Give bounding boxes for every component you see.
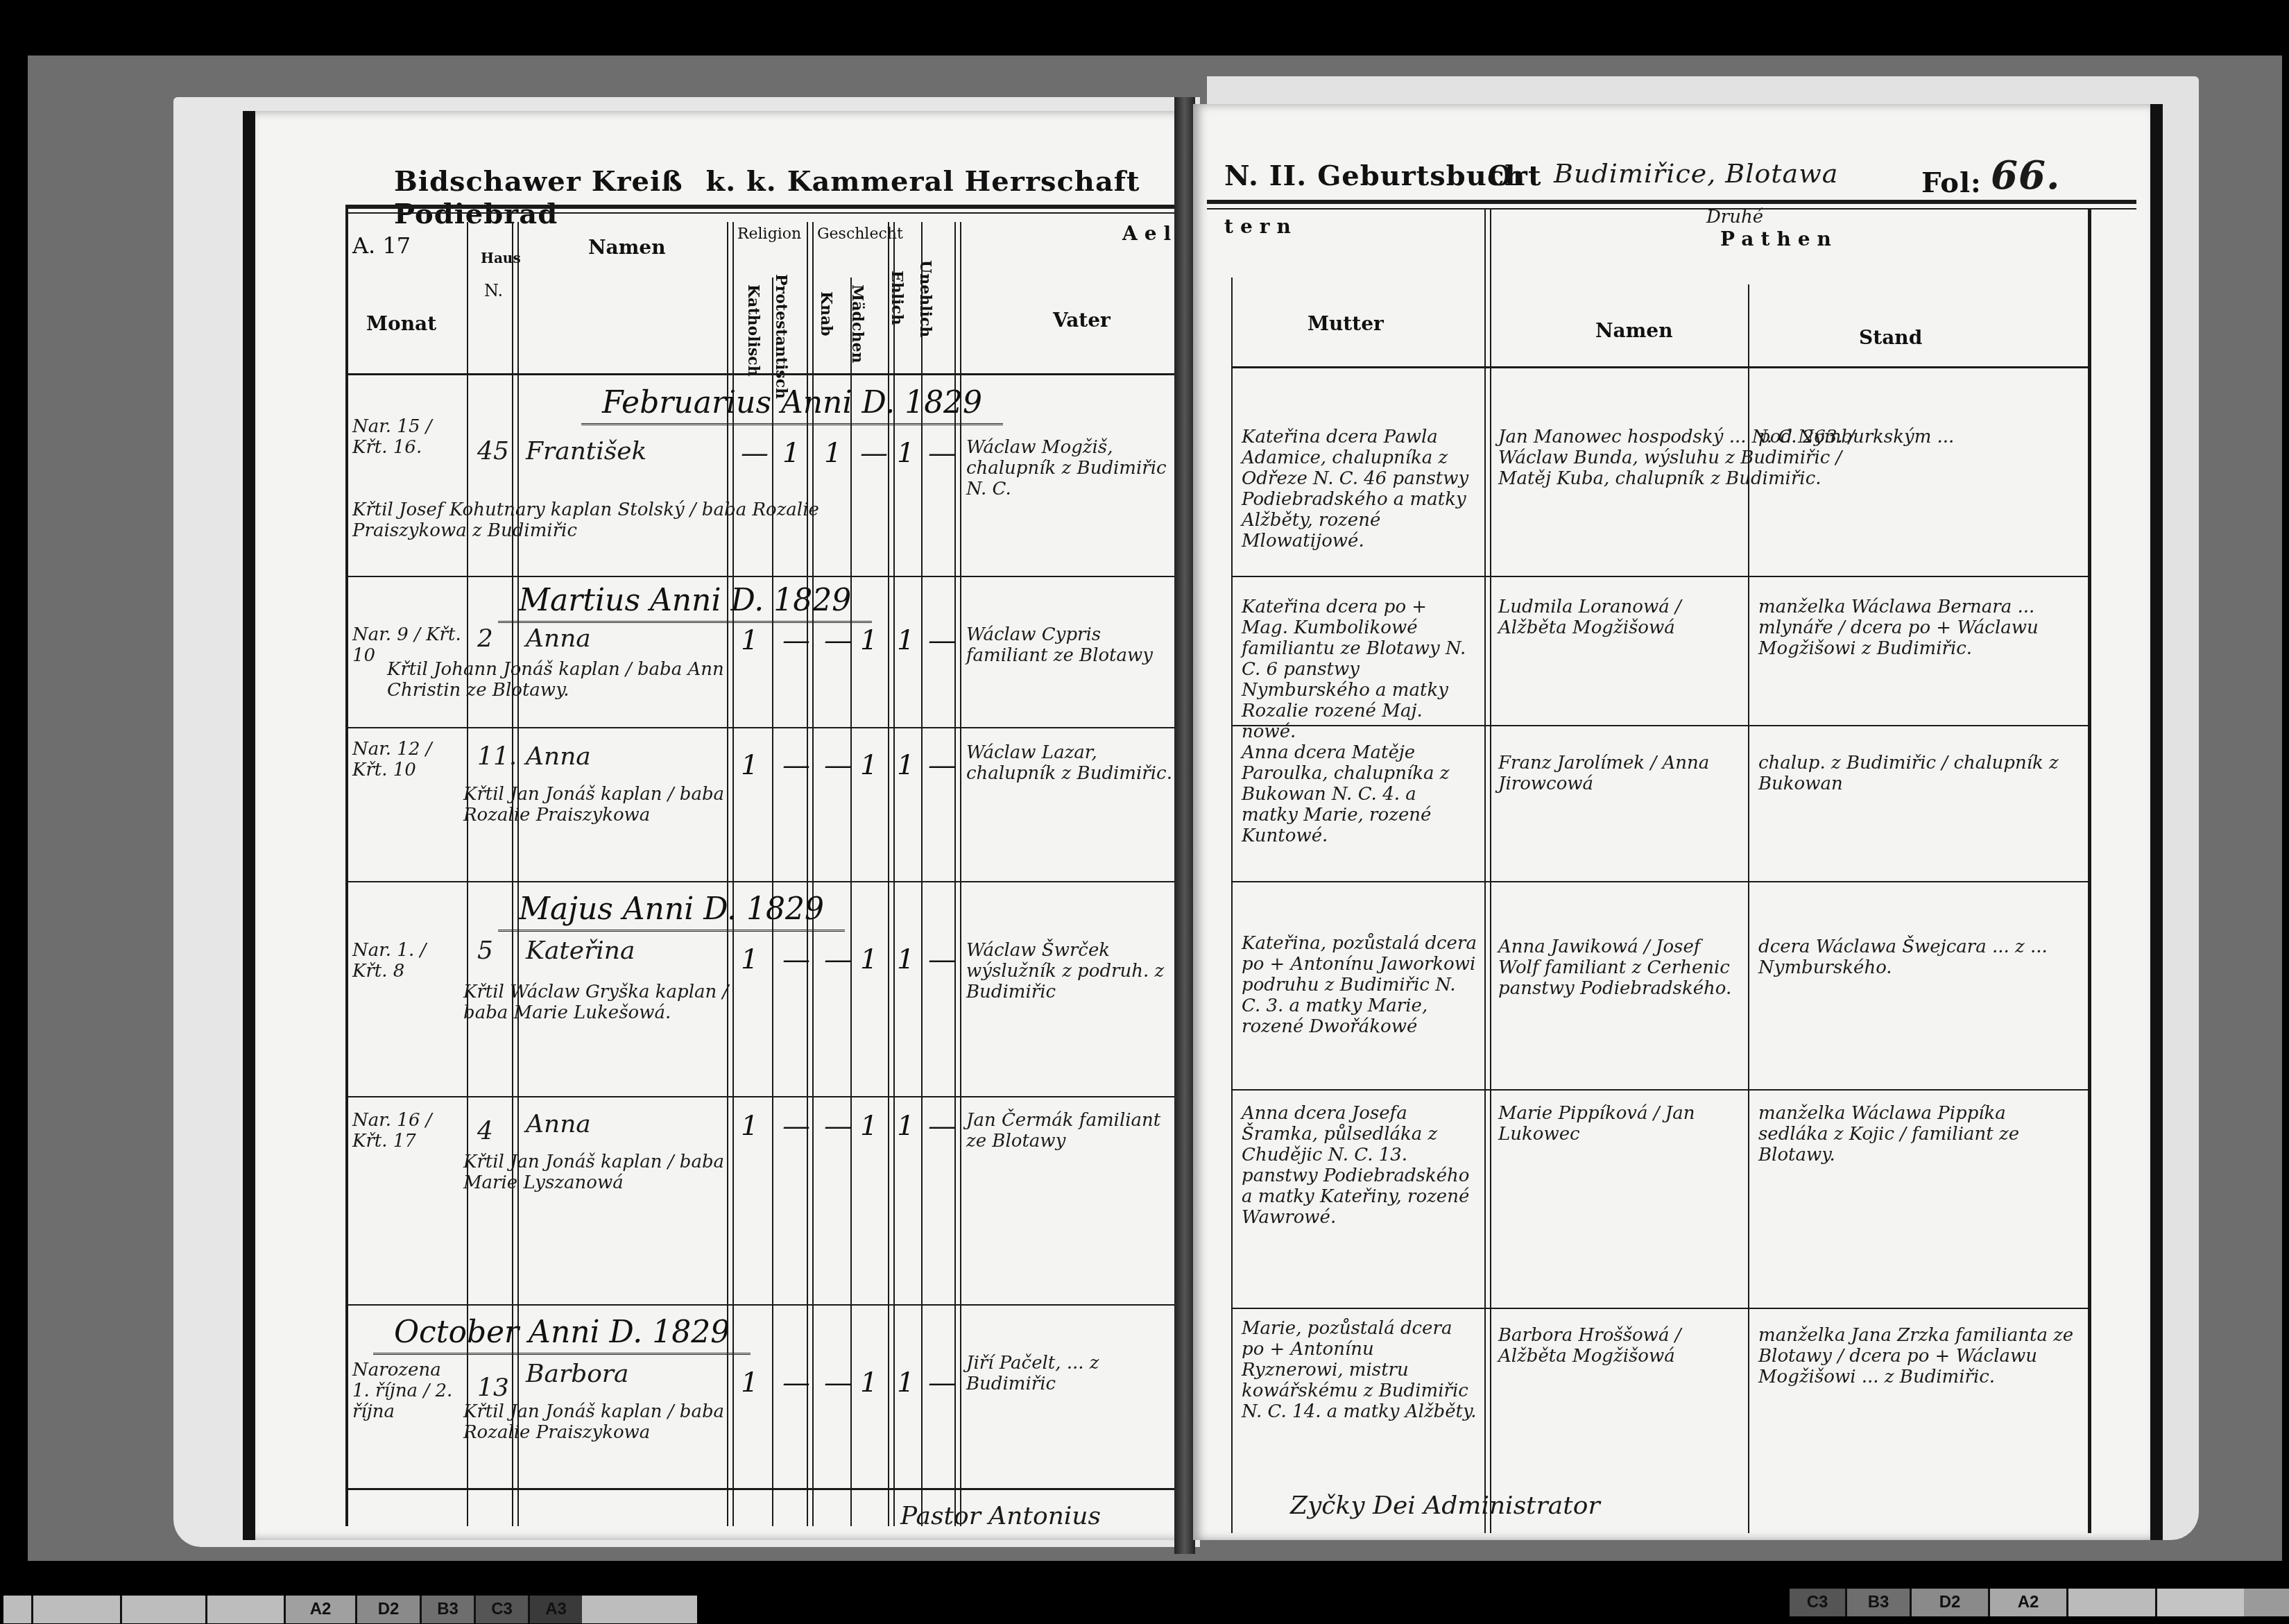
header-rule-thin	[345, 212, 1188, 214]
entry-date: Narozena 1. října / 2. října	[352, 1360, 463, 1422]
rule	[1484, 208, 1491, 1533]
entry-father: Wáclaw Šwrček wýslužník z podruh. z Budi…	[966, 940, 1174, 1002]
month-heading-march: Martius Anni D. 1829	[498, 583, 872, 623]
entry-godparents-status: manželka Jana Zrzka familianta ze Blotaw…	[1758, 1325, 2077, 1387]
left-page-header: Bidschawer Kreiß k. k. Kammeral Herrscha…	[394, 165, 1188, 230]
tick-catholic: 1	[741, 1367, 758, 1399]
entry-mother: Anna dcera Matěje Paroulka, chalupníka z…	[1242, 742, 1477, 846]
calibration-patch	[2068, 1589, 2157, 1616]
rule	[345, 208, 348, 1526]
entry-house: 45	[477, 437, 509, 465]
col-protestant: Protestantisch	[772, 274, 790, 399]
entry-child: Anna	[526, 742, 591, 771]
calibration-strip-left: A2 D2 B3 C3 A3	[3, 1596, 697, 1623]
col-month: Monat	[366, 312, 436, 335]
col-parents-a: Ael	[1122, 222, 1178, 245]
book-gutter	[1174, 97, 1195, 1554]
entry-baptism-note: Křtil Wáclaw Gryška kaplan / baba Marie …	[463, 982, 769, 1023]
col-names: Namen	[588, 236, 666, 259]
tick-illegit: —	[928, 1367, 956, 1399]
calibration-patch	[33, 1596, 122, 1623]
calibration-patch: C3	[1790, 1589, 1847, 1616]
entry-baptism-note: Křtil Josef Kohutnary kaplan Stolský / b…	[352, 499, 893, 541]
row-rule	[345, 1488, 1188, 1490]
entry-godparents-status: dcera Wáclawa Šwejcara ... z ... Nymburs…	[1758, 937, 2077, 978]
calibration-patch: B3	[1847, 1589, 1912, 1616]
entry-mother: Kateřina dcera Pawla Adamice, chalupníka…	[1242, 427, 1477, 552]
entry-father: Wáclaw Lazar, chalupník z Budimiřic.	[966, 742, 1174, 784]
tick-boy: —	[824, 749, 852, 781]
calibration-strip-right: C3 B3 D2 A2	[1790, 1589, 2289, 1616]
tick-girl: 1	[860, 1367, 877, 1399]
calibration-patch	[3, 1596, 33, 1623]
right-page: N. II. Geburtsbuch Ort Budimiřice, Blota…	[1193, 104, 2163, 1540]
row-rule	[345, 727, 1188, 728]
tick-legit: 1	[897, 624, 914, 656]
entry-date: Nar. 1. / Křt. 8	[352, 940, 463, 982]
tick-girl: 1	[860, 1110, 877, 1142]
calibration-patch: D2	[1912, 1589, 1990, 1616]
book-title: N. II. Geburtsbuch	[1224, 160, 1525, 192]
entry-godparents: Ludmila Loranowá / Alžběta Mogžišowá	[1498, 597, 1741, 638]
tick-protestant: —	[782, 749, 810, 781]
entry-child: Anna	[526, 624, 591, 653]
entry-child: Barbora	[526, 1360, 629, 1388]
row-rule	[1231, 576, 2091, 577]
row-rule	[1231, 881, 2091, 882]
left-page: Bidschawer Kreiß k. k. Kammeral Herrscha…	[243, 111, 1188, 1540]
month-heading-october: October Anni D. 1829	[373, 1315, 751, 1355]
entry-baptism-note: Křtil Johann Jonáš kaplan / baba Ann Chr…	[387, 659, 762, 701]
entry-godparents: Franz Jarolímek / Anna Jirowcowá	[1498, 753, 1741, 794]
tick-legit: 1	[897, 437, 914, 469]
place-name: Budimiřice, Blotawa	[1554, 158, 1838, 189]
godparents-note: Druhé	[1706, 207, 1763, 228]
entry-baptism-note: Křtil Jan Jonáš kaplan / baba Rozalie Pr…	[463, 1401, 769, 1443]
tick-boy: —	[824, 1367, 852, 1399]
tick-protestant: —	[782, 624, 810, 656]
tick-illegit: —	[928, 437, 956, 469]
rule	[1231, 277, 1233, 1533]
entry-date: Nar. 15 / Křt. 16.	[352, 416, 463, 458]
header-bottom-rule	[345, 373, 1188, 375]
col-parents-b: tern	[1224, 215, 1298, 238]
month-heading-february: Februarius Anni D. 1829	[581, 385, 1003, 425]
rule	[850, 277, 852, 1526]
row-rule	[345, 576, 1188, 577]
tick-catholic: 1	[741, 624, 758, 656]
entry-house: 4	[477, 1117, 493, 1145]
tick-boy: 1	[824, 437, 841, 469]
tick-protestant: —	[782, 1367, 810, 1399]
entry-father: Jiří Pačelt, ... z Budimiřic	[966, 1353, 1174, 1394]
entry-mother: Anna dcera Josefa Šramka, půlsedláka z C…	[1242, 1103, 1477, 1228]
header-rule	[1207, 200, 2136, 204]
col-illegitimate: Unehlich	[916, 260, 934, 337]
entry-mother: Kateřina, pozůstalá dcera po + Antonínu …	[1242, 933, 1477, 1037]
calibration-patch: A2	[286, 1596, 357, 1623]
row-rule	[345, 881, 1188, 882]
entry-child: František	[526, 437, 646, 465]
col-godparent-names: Namen	[1595, 319, 1673, 342]
tick-boy: —	[824, 1110, 852, 1142]
tick-legit: 1	[897, 1367, 914, 1399]
tick-girl: 1	[860, 749, 877, 781]
tick-catholic: 1	[741, 749, 758, 781]
entry-mother: Kateřina dcera po + Mag. Kumbolikowé fam…	[1242, 597, 1477, 742]
row-rule	[1231, 1089, 2091, 1091]
col-godparents: Pathen	[1720, 228, 1838, 250]
tick-catholic: —	[741, 437, 769, 469]
entry-godparents: Marie Pippíková / Jan Lukowec	[1498, 1103, 1741, 1145]
tick-illegit: —	[928, 943, 956, 975]
calibration-patch: C3	[476, 1596, 530, 1623]
tick-girl: —	[860, 437, 888, 469]
tick-protestant: —	[782, 943, 810, 975]
entry-godparents: Barbora Hroššowá / Alžběta Mogžišowá	[1498, 1325, 1741, 1367]
entry-house: 13	[477, 1374, 509, 1402]
calibration-patch: A2	[1990, 1589, 2068, 1616]
pastor-signature: Pastor Antonius	[900, 1502, 1101, 1530]
folio-number: 66.	[1991, 153, 2060, 198]
calibration-patch	[2157, 1589, 2244, 1616]
col-mother: Mutter	[1308, 312, 1384, 335]
col-status: Stand	[1859, 326, 1922, 349]
tick-girl: 1	[860, 943, 877, 975]
row-rule	[1231, 1308, 2091, 1309]
entry-godparents-status: pod Nymburkským ...	[1758, 427, 2077, 447]
tick-catholic: 1	[741, 1110, 758, 1142]
col-father: Vater	[1053, 309, 1111, 332]
place-label: Ort	[1488, 160, 1541, 192]
tick-protestant: 1	[782, 437, 800, 469]
entry-house: 5	[477, 937, 493, 965]
entry-child: Kateřina	[526, 937, 635, 965]
tick-illegit: —	[928, 624, 956, 656]
tick-girl: 1	[860, 624, 877, 656]
tick-illegit: —	[928, 749, 956, 781]
col-boy: Knab	[817, 291, 835, 336]
header-rule	[345, 205, 1188, 209]
entry-godparents-status: manželka Wáclawa Bernara ... mlynáře / d…	[1758, 597, 2077, 659]
calibration-patch	[207, 1596, 286, 1623]
tick-legit: 1	[897, 1110, 914, 1142]
row-rule	[345, 1304, 1188, 1306]
entry-child: Anna	[526, 1110, 591, 1138]
entry-father: Jan Čermák familiant ze Blotawy	[966, 1110, 1174, 1152]
tick-boy: —	[824, 624, 852, 656]
district-title: Bidschawer Kreiß	[394, 165, 683, 198]
calibration-patch: B3	[422, 1596, 476, 1623]
rule	[2088, 208, 2091, 1533]
row-rule	[345, 1096, 1188, 1097]
entry-date: Nar. 16 / Křt. 17	[352, 1110, 463, 1152]
calibration-patch	[122, 1596, 207, 1623]
entry-mother: Marie, pozůstalá dcera po + Antonínu Ryz…	[1242, 1318, 1477, 1422]
header-rule-thin	[1207, 208, 2136, 210]
month-heading-may: Majus Anni D. 1829	[498, 891, 845, 932]
entry-baptism-note: Křtil Jan Jonáš kaplan / baba Marie Lysz…	[463, 1152, 769, 1193]
entry-baptism-note: Křtil Jan Jonáš kaplan / baba Rozalie Pr…	[463, 784, 755, 826]
entry-house: 2	[477, 624, 493, 653]
tick-boy: —	[824, 943, 852, 975]
tick-catholic: 1	[741, 943, 758, 975]
calibration-patch: D2	[357, 1596, 422, 1623]
tick-legit: 1	[897, 943, 914, 975]
col-religion: Religion	[737, 225, 801, 243]
tick-legit: 1	[897, 749, 914, 781]
col-house-no: N.	[484, 281, 503, 300]
entry-godparents: Anna Jawikowá / Josef Wolf familiant z C…	[1498, 937, 1741, 999]
entry-father: Wáclaw Mogžiš, chalupník z Budimiřic N. …	[966, 437, 1174, 499]
entry-date: Nar. 12 / Křt. 10	[352, 739, 463, 780]
folio-label: Fol:	[1921, 166, 1982, 199]
entry-father: Wáclaw Cypris familiant ze Blotawy	[966, 624, 1174, 666]
entry-godparents-status: manželka Wáclawa Pippíka sedláka z Kojic…	[1758, 1103, 2077, 1165]
col-catholic: Katholisch	[744, 284, 762, 377]
entry-godparents-status: chalup. z Budimiřic / chalupník z Bukowa…	[1758, 753, 2077, 794]
entry-house: 11.	[477, 742, 517, 771]
tick-illegit: —	[928, 1110, 956, 1142]
calibration-patch: A3	[530, 1596, 582, 1623]
year-prefix: A. 17	[352, 232, 411, 259]
tick-protestant: —	[782, 1110, 810, 1142]
administrator-signature: Zyčky Dei Administrator	[1290, 1491, 1600, 1520]
header-bottom-rule	[1231, 366, 2091, 368]
